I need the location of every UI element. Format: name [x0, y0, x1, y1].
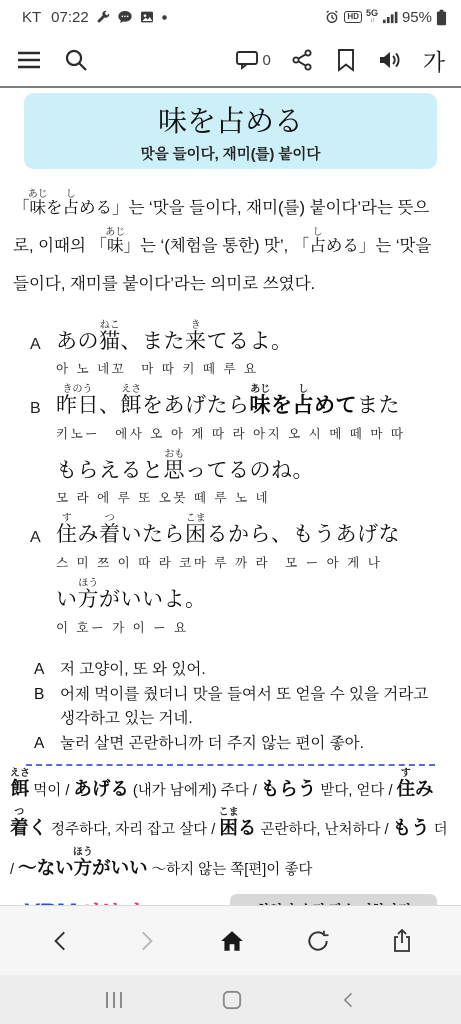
pronunciation-line: 이 호ー 가 이 ー 요 — [56, 618, 207, 636]
translation-text: 어제 먹이를 줬더니 맛을 들여서 또 얻을 수 있을 거라고 생각하고 있는 … — [60, 683, 461, 731]
menu-icon[interactable] — [16, 49, 42, 71]
phone-screen: KT 07:22 HD 5G↓↑ 95% — [0, 0, 461, 1024]
back-icon[interactable] — [48, 928, 74, 954]
promo-badge[interactable]: 취업과 승진 필수 어학자격 — [230, 894, 437, 905]
carrier-label: KT — [22, 9, 41, 26]
page-content: 味を占める 맛을 들이다, 재미(를) 붙이다 「味あじを占しめる」는 ‘맛을 … — [0, 88, 461, 905]
japanese-line: もらえると思おもってるのね。 — [56, 449, 314, 488]
dialogue-section: Aあの猫ねこ、また来きてるよ。아 노 네꼬 마 따 키 떼 루 요B昨日きのう、… — [30, 320, 461, 636]
pronunciation-line: 스 미 쯔 이 따 라 코마 루 까 라 모 ー 아 게 나 — [56, 553, 400, 571]
dot-icon — [161, 14, 168, 21]
font-size-button[interactable]: 가 — [423, 44, 445, 77]
lesson-explanation: 「味あじを占しめる」는 ‘맛을 들이다, 재미(를) 붙이다’라는 뜻으로, 이… — [13, 189, 448, 304]
refresh-icon[interactable] — [305, 928, 331, 954]
forward-icon[interactable] — [133, 928, 159, 954]
speaker-label: A — [30, 320, 56, 378]
android-home-icon[interactable] — [221, 990, 243, 1010]
japanese-line: 住すみ着ついたら困こまるから、もうあげな — [56, 513, 400, 552]
recents-icon[interactable] — [103, 990, 125, 1010]
pronunciation-line: 모 라 에 루 또 오못 떼 루 노 네 — [56, 488, 314, 506]
signal-icon — [382, 10, 398, 24]
comment-count: 0 — [262, 52, 270, 69]
hd-icon: HD — [344, 11, 362, 23]
dialogue-body: 住すみ着ついたら困こまるから、もうあげな스 미 쯔 이 따 라 코마 루 까 라… — [56, 513, 400, 571]
translation-row: A저 고양이, 또 와 있어. — [34, 658, 461, 682]
vocabulary-section: 餌えさ 먹이 / あげる (내가 남에게) 주다 / もらう 받다, 얻다 / … — [10, 768, 451, 888]
translation-section: A저 고양이, 또 와 있어.B어제 먹이를 줬더니 맛을 들여서 또 얻을 수… — [34, 658, 461, 756]
dialogue-row: い方ほうがいいよ。이 호ー 가 이 ー 요 — [30, 578, 461, 636]
battery-percent-label: 95% — [402, 9, 432, 26]
alarm-icon — [324, 9, 340, 25]
ybm-logo[interactable]: YBM 일본어 — [24, 898, 141, 905]
chat-icon — [117, 9, 133, 25]
battery-icon — [436, 9, 447, 26]
speaker-label — [30, 449, 56, 507]
lesson-title: 味を占める — [158, 99, 303, 140]
bookmark-icon[interactable] — [335, 48, 357, 72]
pronunciation-line: 키노ー 에사 오 아 게 따 라 아지 오 시 메 떼 마 따 — [56, 424, 405, 442]
translation-text: 저 고양이, 또 와 있어. — [60, 658, 461, 682]
toolbar-right: 0 가 — [235, 44, 445, 77]
page-share-icon[interactable] — [390, 928, 414, 954]
dialogue-row: もらえると思おもってるのね。모 라 에 루 또 오못 떼 루 노 네 — [30, 449, 461, 507]
speaker-icon[interactable] — [377, 48, 403, 72]
lesson-footer: YBM 일본어 취업과 승진 필수 어학자격 — [24, 894, 437, 905]
dialogue-row: A住すみ着ついたら困こまるから、もうあげな스 미 쯔 이 따 라 코마 루 까 … — [30, 513, 461, 571]
status-bar-left: KT 07:22 — [22, 9, 168, 26]
dialogue-body: あの猫ねこ、また来きてるよ。아 노 네꼬 마 따 키 떼 루 요 — [56, 320, 293, 378]
pronunciation-line: 아 노 네꼬 마 따 키 떼 루 요 — [56, 359, 293, 377]
status-bar-right: HD 5G↓↑ 95% — [324, 9, 447, 26]
japanese-line: い方ほうがいいよ。 — [56, 578, 207, 617]
translation-row: A눌러 살면 곤란하니까 더 주지 않는 편이 좋아. — [34, 732, 461, 756]
dialogue-row: Aあの猫ねこ、また来きてるよ。아 노 네꼬 마 따 키 떼 루 요 — [30, 320, 461, 378]
dialogue-body: もらえると思おもってるのね。모 라 에 루 또 오못 떼 루 노 네 — [56, 449, 314, 507]
wrench-icon — [95, 9, 111, 25]
5g-icon: 5G↓↑ — [366, 9, 378, 25]
dialogue-body: 昨日きのう、餌えさをあげたら味あじを占しめてまた키노ー 에사 오 아 게 따 라… — [56, 384, 405, 442]
lesson-title-box: 味を占める 맛을 들이다, 재미(를) 붙이다 — [24, 93, 437, 169]
status-bar: KT 07:22 HD 5G↓↑ 95% — [0, 0, 461, 34]
browser-toolbar: 0 가 — [0, 34, 461, 88]
speaker-label: A — [34, 658, 60, 682]
android-back-icon[interactable] — [339, 990, 359, 1010]
speaker-label: A — [34, 732, 60, 756]
android-nav-bar — [0, 975, 461, 1024]
share-icon[interactable] — [291, 48, 315, 72]
search-icon[interactable] — [64, 48, 88, 72]
translation-row: B어제 먹이를 줬더니 맛을 들여서 또 얻을 수 있을 거라고 생각하고 있는… — [34, 683, 461, 731]
font-size-label: 가 — [423, 44, 445, 77]
speaker-label: A — [30, 513, 56, 571]
clock-label: 07:22 — [51, 9, 89, 26]
toolbar-left — [16, 48, 88, 72]
dialogue-row: B昨日きのう、餌えさをあげたら味あじを占しめてまた키노ー 에사 오 아 게 따 … — [30, 384, 461, 442]
image-icon — [139, 9, 155, 25]
speaker-label: B — [30, 384, 56, 442]
japanese-line: 昨日きのう、餌えさをあげたら味あじを占しめてまた — [56, 384, 405, 423]
dashed-divider — [26, 764, 435, 766]
japanese-line: あの猫ねこ、また来きてるよ。 — [56, 320, 293, 359]
dialogue-body: い方ほうがいいよ。이 호ー 가 이 ー 요 — [56, 578, 207, 636]
comment-button[interactable]: 0 — [235, 49, 270, 71]
speaker-label — [30, 578, 56, 636]
translation-text: 눌러 살면 곤란하니까 더 주지 않는 편이 좋아. — [60, 732, 461, 756]
browser-bottom-nav — [0, 905, 461, 975]
speaker-label: B — [34, 683, 60, 731]
ybm-logo-subject: 일본어 — [81, 898, 142, 905]
home-icon[interactable] — [218, 928, 246, 954]
lesson-subtitle: 맛을 들이다, 재미(를) 붙이다 — [141, 143, 321, 164]
